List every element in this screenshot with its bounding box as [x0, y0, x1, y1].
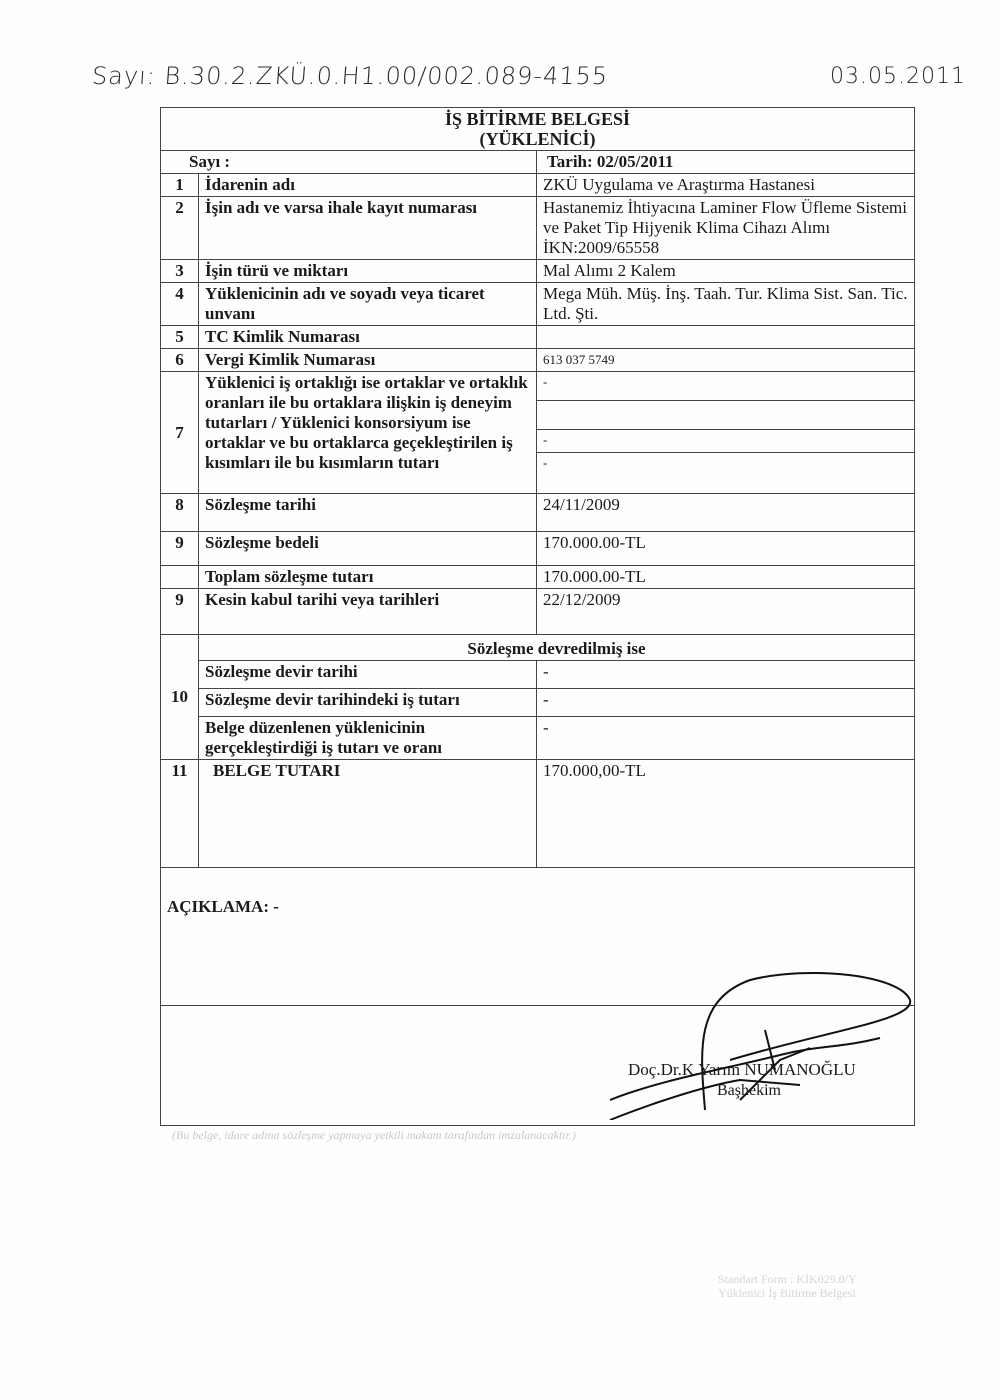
row-label: Belge düzenlenen yüklenicinin gerçekleşt…: [199, 717, 537, 760]
table-row: 7 Yüklenici iş ortaklığı ise ortaklar ve…: [161, 372, 915, 494]
row-value: ZKÜ Uygulama ve Araştırma Hastanesi: [537, 174, 915, 197]
table-row: 1 İdarenin adı ZKÜ Uygulama ve Araştırma…: [161, 174, 915, 197]
row-number: 10: [161, 635, 199, 760]
row-number: 5: [161, 326, 199, 349]
table-row: 4 Yüklenicinin adı ve soyadı veya ticare…: [161, 283, 915, 326]
row-number: 4: [161, 283, 199, 326]
row-number: 9: [161, 532, 199, 566]
row-number: 9: [161, 589, 199, 635]
handwritten-date: 03.05.2011: [830, 64, 966, 89]
row-number: 2: [161, 197, 199, 260]
row-label: Sözleşme devir tarihi: [199, 661, 537, 689]
signatory-name: Doç.Dr.K.Yarım NUMANOĞLU: [628, 1060, 856, 1080]
document-subtitle: (YÜKLENİCİ): [167, 129, 908, 149]
row-value: 613 037 5749: [537, 349, 915, 372]
table-row: 2 İşin adı ve varsa ihale kayıt numarası…: [161, 197, 915, 260]
table-row: 5 TC Kimlik Numarası: [161, 326, 915, 349]
row-label: TC Kimlik Numarası: [199, 326, 537, 349]
form-stamp: Standart Form : KİK029.0/Y Yüklenici İş …: [718, 1272, 857, 1300]
row-number: 1: [161, 174, 199, 197]
partner-value: [537, 401, 914, 430]
row-value: 22/12/2009: [537, 589, 915, 635]
row-number: 8: [161, 494, 199, 532]
table-row: 6 Vergi Kimlik Numarası 613 037 5749: [161, 349, 915, 372]
tarih-label: Tarih: 02/05/2011: [537, 151, 915, 174]
footnote: (Bu belge, idare adına sözleşme yapmaya …: [172, 1128, 576, 1143]
row-number: 3: [161, 260, 199, 283]
row-label: Vergi Kimlik Numarası: [199, 349, 537, 372]
row-label: Yüklenici iş ortaklığı ise ortaklar ve o…: [199, 372, 537, 494]
stamp-line: Yüklenici İş Bitirme Belgesi: [718, 1286, 857, 1300]
row-number: [161, 566, 199, 589]
partner-value: -: [537, 430, 914, 453]
row-value: Mal Alımı 2 Kalem: [537, 260, 915, 283]
transfer-heading: Sözleşme devredilmiş ise: [199, 635, 915, 661]
row-value: 24/11/2009: [537, 494, 915, 532]
row-label: Sözleşme tarihi: [199, 494, 537, 532]
total-label: BELGE TUTARI: [199, 760, 537, 868]
row-label: Sözleşme bedeli: [199, 532, 537, 566]
table-row: 3 İşin türü ve miktarı Mal Alımı 2 Kalem: [161, 260, 915, 283]
row-value: Hastanemiz İhtiyacına Laminer Flow Üflem…: [537, 197, 915, 260]
row-label: İşin adı ve varsa ihale kayıt numarası: [199, 197, 537, 260]
document-header: İŞ BİTİRME BELGESİ (YÜKLENİCİ): [161, 108, 915, 151]
row-label: Sözleşme devir tarihindeki iş tutarı: [199, 689, 537, 717]
row-value: 170.000.00-TL: [537, 532, 915, 566]
sayi-label: Sayı :: [161, 151, 537, 174]
row-number: 6: [161, 349, 199, 372]
row-value: 170.000.00-TL: [537, 566, 915, 589]
row-label: Kesin kabul tarihi veya tarihleri: [199, 589, 537, 635]
stamp-line: Standart Form : KİK029.0/Y: [718, 1272, 857, 1286]
row-label: İşin türü ve miktarı: [199, 260, 537, 283]
table-row: Toplam sözleşme tutarı 170.000.00-TL: [161, 566, 915, 589]
signatory-title: Başhekim: [717, 1082, 781, 1100]
row-value: [537, 326, 915, 349]
table-row: 8 Sözleşme tarihi 24/11/2009: [161, 494, 915, 532]
partner-value: -: [537, 372, 914, 401]
row-value: Mega Müh. Müş. İnş. Taah. Tur. Klima Sis…: [537, 283, 915, 326]
row-value: -: [537, 689, 915, 717]
total-value: 170.000,00-TL: [537, 760, 915, 868]
row-value: -: [537, 717, 915, 760]
table-row: 9 Sözleşme bedeli 170.000.00-TL: [161, 532, 915, 566]
row-label: Yüklenicinin adı ve soyadı veya ticaret …: [199, 283, 537, 326]
total-row: 11 BELGE TUTARI 170.000,00-TL: [161, 760, 915, 868]
partner-values: - - -: [537, 372, 915, 494]
table-row: 9 Kesin kabul tarihi veya tarihleri 22/1…: [161, 589, 915, 635]
row-number: 7: [161, 372, 199, 494]
row-label: İdarenin adı: [199, 174, 537, 197]
row-label: Toplam sözleşme tutarı: [199, 566, 537, 589]
handwritten-reference-number: Sayı: B.30.2.ZKÜ.0.H1.00/002.089-4155: [91, 62, 609, 90]
row-value: -: [537, 661, 915, 689]
partner-value: -: [537, 453, 914, 493]
row-number: 11: [161, 760, 199, 868]
document-title: İŞ BİTİRME BELGESİ: [167, 109, 908, 129]
